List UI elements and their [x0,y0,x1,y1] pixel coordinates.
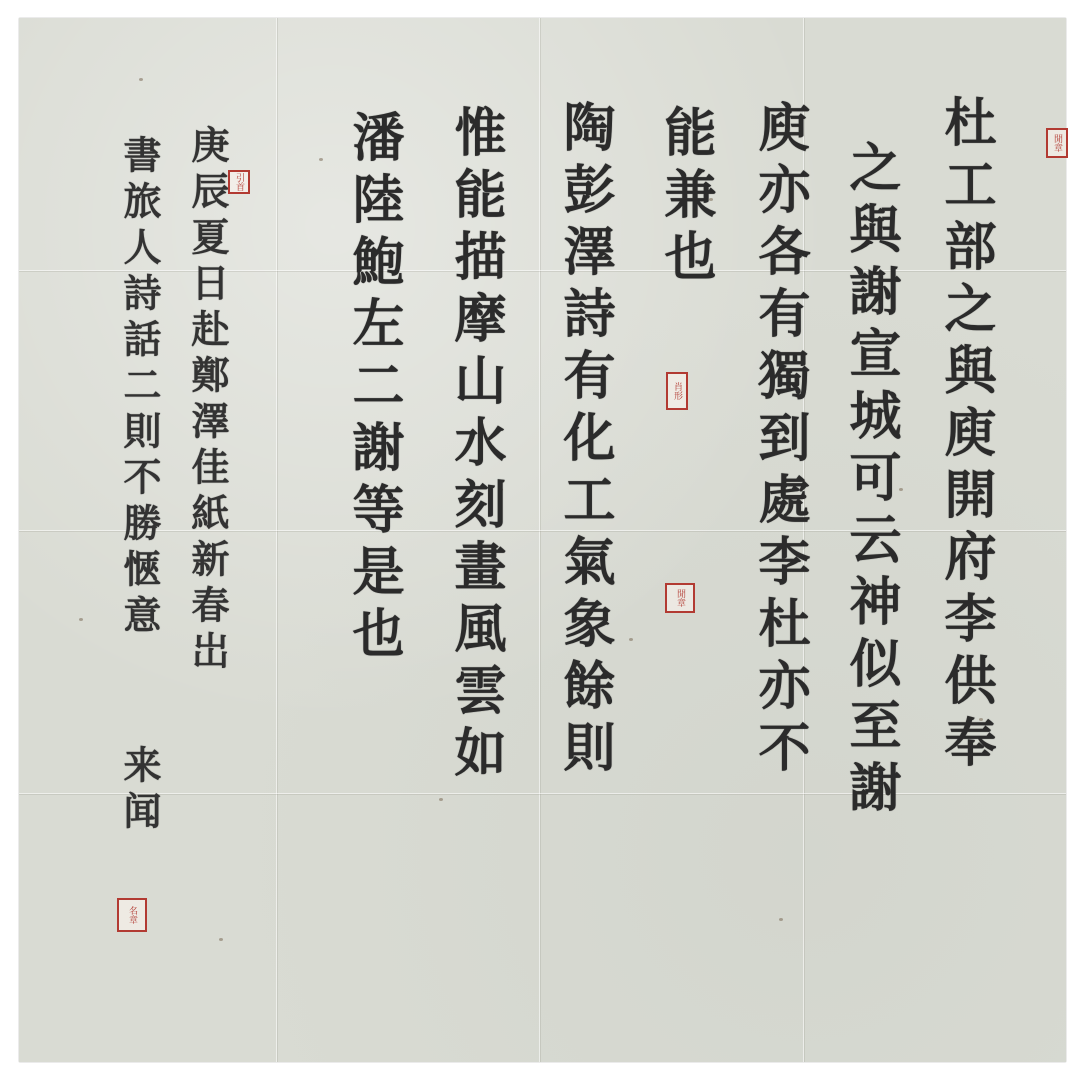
seal-stamp-inscription-top: 引首 [228,170,250,194]
text-column-3: 庾亦各有獨到處李杜亦不 [742,100,817,980]
fold-line [19,270,1066,271]
text-column-2: 之與謝宣城可云神似至謝 [833,140,908,980]
seal-stamp-figure: 肖形 [666,372,688,410]
fold-line [19,530,1066,531]
inscription-column-2: 書旅人詩話二則不勝愜意 [112,135,167,735]
seal-stamp-name: 名章 [117,898,147,932]
paper-fleck [219,938,223,941]
text-column-1: 杜工部之與庾開府李供奉 [928,95,1003,975]
calligraphy-paper [19,18,1066,1062]
paper-fleck [79,618,83,621]
inscription-column-1: 庚辰夏日赴鄭澤佳紙新春岀 [180,125,235,845]
text-column-4: 能兼也 [648,105,723,325]
seal-stamp-top-right: 閒章 [1046,128,1068,158]
text-column-5: 陶彭澤詩有化工氣象餘則 [547,100,622,980]
seal-stamp-middle: 閒章 [665,583,695,613]
fold-line [19,793,1066,794]
fold-line [539,18,540,1062]
fold-line [276,18,277,1062]
inscription-signature: 来闻 [112,745,167,875]
paper-fleck [319,158,323,161]
text-column-7: 潘陸鮑左二謝等是也 [336,110,411,790]
paper-fleck [139,78,143,81]
text-column-6: 惟能描摩山水刻畫風雲如 [438,105,513,985]
paper-fleck [629,638,633,641]
